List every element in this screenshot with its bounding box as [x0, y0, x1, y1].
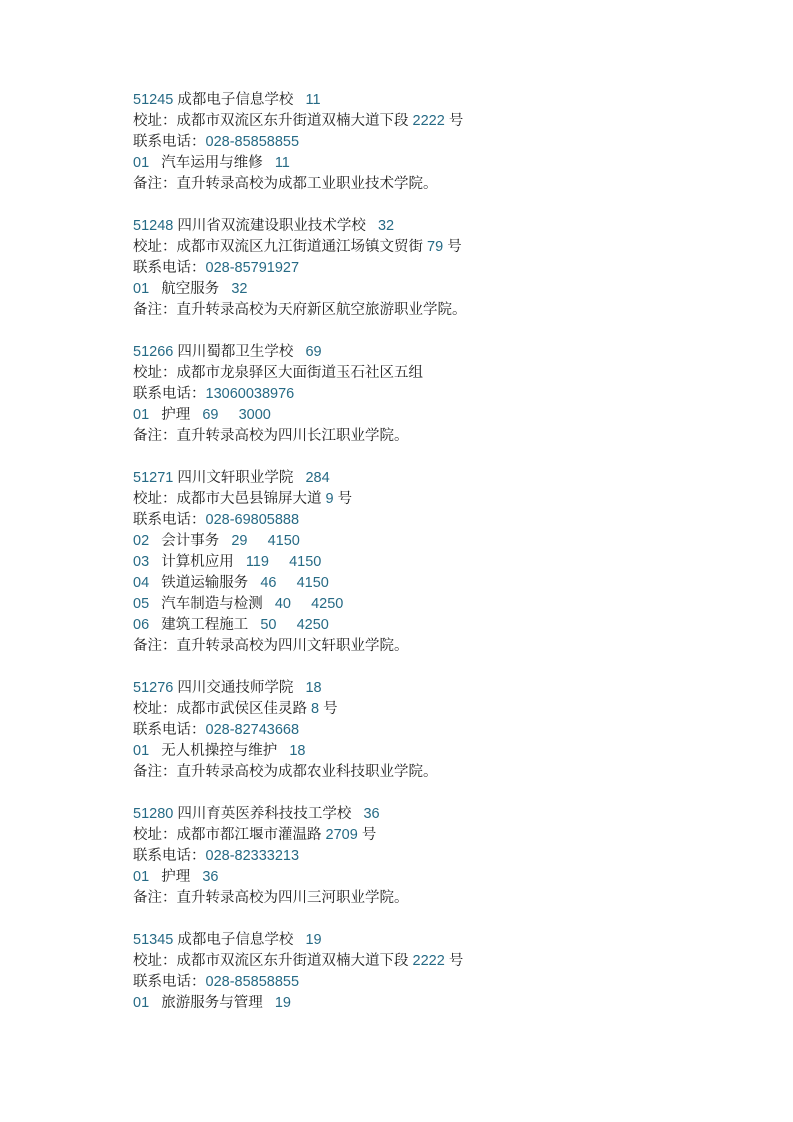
- cjk-text: [291, 596, 311, 612]
- cjk-text: 四川交通技师学院: [173, 680, 305, 696]
- numeric-text: 06: [133, 617, 149, 633]
- cjk-text: 建筑工程施工: [149, 617, 260, 633]
- numeric-text: 01: [133, 281, 149, 297]
- cjk-text: 联系电话：: [133, 260, 206, 276]
- numeric-text: 02: [133, 533, 149, 549]
- address-line: 校址：成都市双流区九江街道通江场镇文贸街 79 号: [133, 237, 733, 258]
- numeric-text: 01: [133, 995, 149, 1011]
- cjk-text: 号: [358, 827, 377, 843]
- address-line: 校址：成都市龙泉驿区大面街道玉石社区五组: [133, 363, 733, 384]
- cjk-text: 校址：成都市龙泉驿区大面街道玉石社区五组: [133, 365, 423, 381]
- numeric-text: 36: [202, 869, 218, 885]
- cjk-text: 备注：直升转录高校为成都农业科技职业学院。: [133, 764, 438, 780]
- major-line: 06 建筑工程施工 50 4250: [133, 615, 733, 636]
- cjk-text: 铁道运输服务: [149, 575, 260, 591]
- major-line: 03 计算机应用 119 4150: [133, 552, 733, 573]
- numeric-text: 028-82743668: [206, 722, 300, 738]
- major-line: 02 会计事务 29 4150: [133, 531, 733, 552]
- cjk-text: 号: [319, 701, 338, 717]
- numeric-text: 2222: [413, 113, 445, 129]
- cjk-text: 备注：直升转录高校为四川文轩职业学院。: [133, 638, 409, 654]
- major-line: 01 汽车运用与维修 11: [133, 153, 733, 174]
- phone-line: 联系电话：13060038976: [133, 384, 733, 405]
- numeric-text: 01: [133, 155, 149, 171]
- cjk-text: 校址：成都市双流区九江街道通江场镇文贸街: [133, 239, 427, 255]
- note-line: 备注：直升转录高校为四川长江职业学院。: [133, 426, 733, 447]
- cjk-text: 备注：直升转录高校为天府新区航空旅游职业学院。: [133, 302, 467, 318]
- numeric-text: 2222: [413, 953, 445, 969]
- cjk-text: 航空服务: [149, 281, 231, 297]
- numeric-text: 119: [246, 554, 269, 570]
- school-block: 51271 四川文轩职业学院 284校址：成都市大邑县锦屏大道 9 号联系电话：…: [133, 468, 733, 657]
- numeric-text: 46: [260, 575, 276, 591]
- header-line: 51271 四川文轩职业学院 284: [133, 468, 733, 489]
- numeric-text: 40: [275, 596, 291, 612]
- header-line: 51280 四川育英医养科技技工学校 36: [133, 804, 733, 825]
- cjk-text: 联系电话：: [133, 386, 206, 402]
- cjk-text: 备注：直升转录高校为四川三河职业学院。: [133, 890, 409, 906]
- note-line: 备注：直升转录高校为成都工业职业技术学院。: [133, 174, 733, 195]
- numeric-text: 69: [202, 407, 218, 423]
- cjk-text: 护理: [149, 407, 202, 423]
- address-line: 校址：成都市都江堰市灌温路 2709 号: [133, 825, 733, 846]
- major-line: 05 汽车制造与检测 40 4250: [133, 594, 733, 615]
- cjk-text: 联系电话：: [133, 974, 206, 990]
- header-line: 51276 四川交通技师学院 18: [133, 678, 733, 699]
- header-line: 51245 成都电子信息学校 11: [133, 90, 733, 111]
- numeric-text: 05: [133, 596, 149, 612]
- numeric-text: 32: [378, 218, 394, 234]
- cjk-text: [218, 407, 238, 423]
- numeric-text: 028-85858855: [206, 134, 300, 150]
- cjk-text: 号: [443, 239, 462, 255]
- cjk-text: [276, 575, 296, 591]
- numeric-text: 51276: [133, 680, 173, 696]
- address-line: 校址：成都市双流区东升街道双楠大道下段 2222 号: [133, 951, 733, 972]
- numeric-text: 4250: [311, 596, 343, 612]
- school-block: 51276 四川交通技师学院 18校址：成都市武侯区佳灵路 8 号联系电话：02…: [133, 678, 733, 783]
- school-block: 51248 四川省双流建设职业技术学校 32校址：成都市双流区九江街道通江场镇文…: [133, 216, 733, 321]
- cjk-text: 护理: [149, 869, 202, 885]
- note-line: 备注：直升转录高校为天府新区航空旅游职业学院。: [133, 300, 733, 321]
- note-line: 备注：直升转录高校为成都农业科技职业学院。: [133, 762, 733, 783]
- numeric-text: 2709: [326, 827, 358, 843]
- numeric-text: 9: [326, 491, 334, 507]
- numeric-text: 51280: [133, 806, 173, 822]
- numeric-text: 4150: [297, 575, 329, 591]
- cjk-text: 会计事务: [149, 533, 231, 549]
- cjk-text: 成都电子信息学校: [173, 92, 305, 108]
- numeric-text: 4250: [297, 617, 329, 633]
- school-block: 51266 四川蜀都卫生学校 69校址：成都市龙泉驿区大面街道玉石社区五组联系电…: [133, 342, 733, 447]
- cjk-text: 汽车运用与维修: [149, 155, 275, 171]
- numeric-text: 19: [305, 932, 321, 948]
- cjk-text: [247, 533, 267, 549]
- major-line: 01 航空服务 32: [133, 279, 733, 300]
- numeric-text: 51248: [133, 218, 173, 234]
- numeric-text: 29: [231, 533, 247, 549]
- numeric-text: 8: [311, 701, 319, 717]
- phone-line: 联系电话：028-69805888: [133, 510, 733, 531]
- numeric-text: 50: [260, 617, 276, 633]
- cjk-text: 四川文轩职业学院: [173, 470, 305, 486]
- cjk-text: 无人机操控与维护: [149, 743, 289, 759]
- major-line: 01 护理 69 3000: [133, 405, 733, 426]
- cjk-text: 四川蜀都卫生学校: [173, 344, 305, 360]
- cjk-text: 汽车制造与检测: [149, 596, 275, 612]
- numeric-text: 13060038976: [206, 386, 295, 402]
- phone-line: 联系电话：028-85858855: [133, 972, 733, 993]
- major-line: 01 旅游服务与管理 19: [133, 993, 733, 1014]
- phone-line: 联系电话：028-82333213: [133, 846, 733, 867]
- header-line: 51345 成都电子信息学校 19: [133, 930, 733, 951]
- major-line: 01 护理 36: [133, 867, 733, 888]
- cjk-text: 校址：成都市都江堰市灌温路: [133, 827, 326, 843]
- cjk-text: 号: [445, 953, 464, 969]
- cjk-text: 四川省双流建设职业技术学校: [173, 218, 378, 234]
- numeric-text: 51271: [133, 470, 173, 486]
- numeric-text: 284: [305, 470, 329, 486]
- numeric-text: 18: [289, 743, 305, 759]
- cjk-text: 联系电话：: [133, 134, 206, 150]
- numeric-text: 11: [305, 92, 320, 108]
- cjk-text: 校址：成都市双流区东升街道双楠大道下段: [133, 953, 413, 969]
- major-line: 04 铁道运输服务 46 4150: [133, 573, 733, 594]
- cjk-text: 备注：直升转录高校为四川长江职业学院。: [133, 428, 409, 444]
- cjk-text: 号: [445, 113, 464, 129]
- cjk-text: [269, 554, 289, 570]
- numeric-text: 01: [133, 743, 149, 759]
- address-line: 校址：成都市武侯区佳灵路 8 号: [133, 699, 733, 720]
- note-line: 备注：直升转录高校为四川三河职业学院。: [133, 888, 733, 909]
- phone-line: 联系电话：028-85858855: [133, 132, 733, 153]
- cjk-text: 校址：成都市双流区东升街道双楠大道下段: [133, 113, 413, 129]
- phone-line: 联系电话：028-85791927: [133, 258, 733, 279]
- numeric-text: 01: [133, 407, 149, 423]
- major-line: 01 无人机操控与维护 18: [133, 741, 733, 762]
- numeric-text: 36: [363, 806, 379, 822]
- numeric-text: 32: [231, 281, 247, 297]
- numeric-text: 028-69805888: [206, 512, 300, 528]
- cjk-text: 校址：成都市武侯区佳灵路: [133, 701, 311, 717]
- numeric-text: 19: [275, 995, 291, 1011]
- phone-line: 联系电话：028-82743668: [133, 720, 733, 741]
- cjk-text: 计算机应用: [149, 554, 246, 570]
- cjk-text: 联系电话：: [133, 512, 206, 528]
- numeric-text: 79: [427, 239, 443, 255]
- document-page: 51245 成都电子信息学校 11校址：成都市双流区东升街道双楠大道下段 222…: [0, 0, 793, 1122]
- header-line: 51266 四川蜀都卫生学校 69: [133, 342, 733, 363]
- school-block: 51245 成都电子信息学校 11校址：成都市双流区东升街道双楠大道下段 222…: [133, 90, 733, 195]
- cjk-text: 校址：成都市大邑县锦屏大道: [133, 491, 326, 507]
- cjk-text: 旅游服务与管理: [149, 995, 275, 1011]
- numeric-text: 18: [305, 680, 321, 696]
- address-line: 校址：成都市双流区东升街道双楠大道下段 2222 号: [133, 111, 733, 132]
- numeric-text: 69: [305, 344, 321, 360]
- numeric-text: 51266: [133, 344, 173, 360]
- numeric-text: 03: [133, 554, 149, 570]
- cjk-text: [276, 617, 296, 633]
- school-block: 51345 成都电子信息学校 19校址：成都市双流区东升街道双楠大道下段 222…: [133, 930, 733, 1014]
- numeric-text: 51245: [133, 92, 173, 108]
- numeric-text: 3000: [239, 407, 271, 423]
- numeric-text: 028-85858855: [206, 974, 300, 990]
- cjk-text: 联系电话：: [133, 848, 206, 864]
- numeric-text: 4150: [289, 554, 321, 570]
- cjk-text: 联系电话：: [133, 722, 206, 738]
- cjk-text: 号: [334, 491, 353, 507]
- numeric-text: 4150: [268, 533, 300, 549]
- school-block: 51280 四川育英医养科技技工学校 36校址：成都市都江堰市灌温路 2709 …: [133, 804, 733, 909]
- numeric-text: 028-82333213: [206, 848, 300, 864]
- cjk-text: 成都电子信息学校: [173, 932, 305, 948]
- cjk-text: 备注：直升转录高校为成都工业职业技术学院。: [133, 176, 438, 192]
- cjk-text: 四川育英医养科技技工学校: [173, 806, 363, 822]
- numeric-text: 01: [133, 869, 149, 885]
- numeric-text: 11: [275, 155, 290, 171]
- numeric-text: 51345: [133, 932, 173, 948]
- numeric-text: 04: [133, 575, 149, 591]
- numeric-text: 028-85791927: [206, 260, 300, 276]
- address-line: 校址：成都市大邑县锦屏大道 9 号: [133, 489, 733, 510]
- header-line: 51248 四川省双流建设职业技术学校 32: [133, 216, 733, 237]
- note-line: 备注：直升转录高校为四川文轩职业学院。: [133, 636, 733, 657]
